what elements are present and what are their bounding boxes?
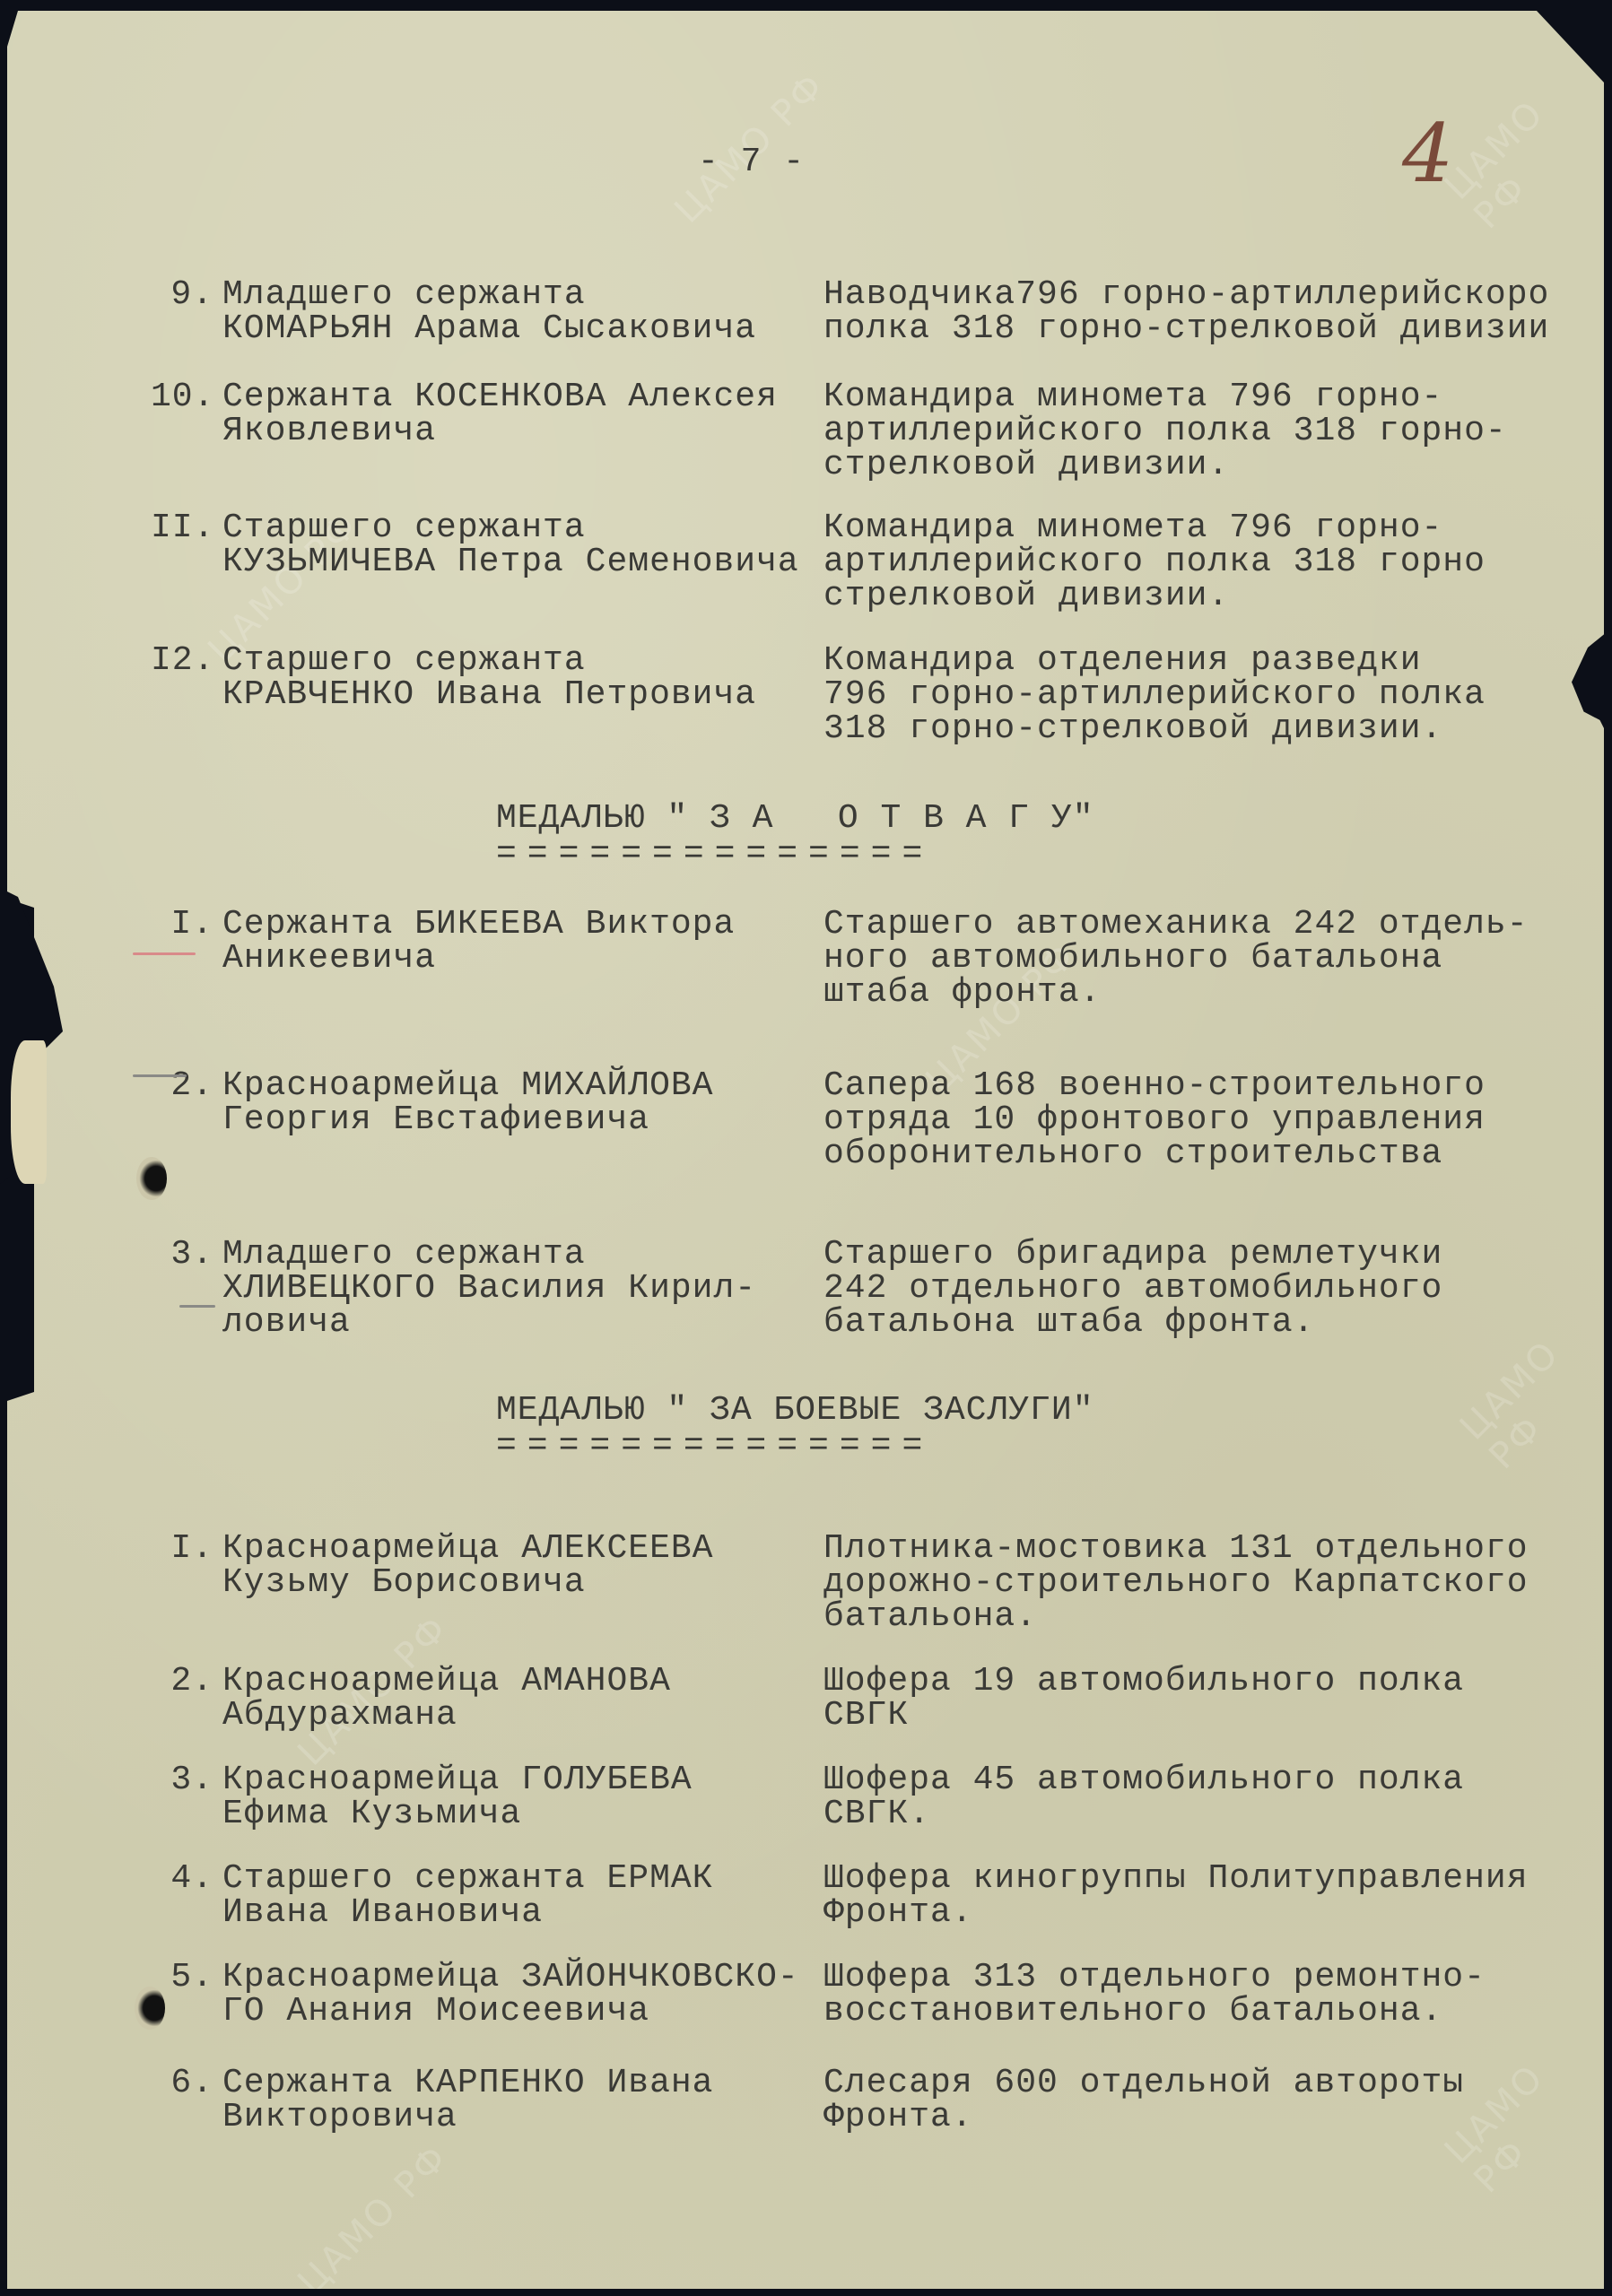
recipient-name: Младшего сержантаХЛИВЕЦКОГО Василия Кири… <box>222 1238 756 1340</box>
entry-number: I2. <box>151 644 213 678</box>
recipient-position-line: штаба фронта. <box>823 976 1529 1010</box>
recipient-position-line: 318 горно-стрелковой дивизии. <box>823 712 1486 746</box>
recipient-position-line: Слесаря 600 отдельной автороты <box>823 2066 1464 2100</box>
section-heading-combat-merit: МЕДАЛЬЮ " ЗА БОЕВЫЕ ЗАСЛУГИ" <box>496 1394 1094 1428</box>
recipient-name-line: Старшего сержанта <box>222 644 756 678</box>
recipient-name: Красноармейца АЛЕКСЕЕВАКузьму Борисовича <box>222 1532 714 1600</box>
recipient-name-line: Красноармейца АМАНОВА <box>222 1665 671 1699</box>
recipient-name-line: Ефима Кузьмича <box>222 1797 693 1831</box>
recipient-name-line: Старшего сержанта <box>222 511 799 545</box>
entry-number: II. <box>151 511 213 545</box>
recipient-position-line: Фронта. <box>823 1896 1529 1930</box>
recipient-position: Шофера киногруппы ПолитуправленияФронта. <box>823 1862 1529 1930</box>
recipient-name: Красноармейца ГОЛУБЕВАЕфима Кузьмича <box>222 1763 693 1831</box>
recipient-position: Наводчика796 горно-артиллерийскорополка … <box>823 278 1549 346</box>
punch-hole <box>136 1157 167 1200</box>
recipient-position-line: Наводчика796 горно-артиллерийскоро <box>823 278 1549 312</box>
recipient-position-line: полка 318 горно-стрелковой дивизии <box>823 312 1549 346</box>
recipient-name-line: Младшего сержанта <box>222 1238 756 1272</box>
recipient-position-line: 796 горно-артиллерийского полка <box>823 678 1486 712</box>
entry-number: I. <box>151 908 213 942</box>
recipient-name-line: Сержанта КАРПЕНКО Ивана <box>222 2066 714 2100</box>
recipient-position-line: артиллерийского полка 318 горно- <box>823 414 1507 448</box>
recipient-name: Старшего сержантаКУЗЬМИЧЕВА Петра Семено… <box>222 511 799 579</box>
recipient-name-line: Викторовича <box>222 2100 714 2135</box>
heading-rule: ============== <box>496 1430 933 1464</box>
recipient-position: Командира миномета 796 горно-артиллерийс… <box>823 511 1486 613</box>
recipient-position: Плотника-мостовика 131 отдельногодорожно… <box>823 1532 1529 1634</box>
recipient-position-line: Командира миномета 796 горно- <box>823 511 1486 545</box>
recipient-position-line: СВГК. <box>823 1797 1464 1831</box>
recipient-position-line: 242 отдельного автомобильного <box>823 1272 1442 1306</box>
recipient-position-line: оборонительного строительства <box>823 1137 1486 1171</box>
recipient-position-line: стрелковой дивизии. <box>823 579 1486 613</box>
entry-number: 9. <box>151 278 213 312</box>
pencil-mark <box>133 1074 187 1077</box>
entry-number: 4. <box>151 1862 213 1896</box>
recipient-name-line: Георгия Евстафиевича <box>222 1103 714 1137</box>
recipient-name: Сержанта КАРПЕНКО ИванаВикторовича <box>222 2066 714 2135</box>
recipient-name: Красноармейца МИХАЙЛОВАГеоргия Евстафиев… <box>222 1069 714 1137</box>
recipient-name-line: ХЛИВЕЦКОГО Василия Кирил- <box>222 1272 756 1306</box>
recipient-position: Командира миномета 796 горно-артиллерийс… <box>823 380 1507 483</box>
recipient-name: Красноармейца ЗАЙОНЧКОВСКО-ГО Анания Мои… <box>222 1961 799 2029</box>
recipient-position-line: Шофера 313 отдельного ремонтно- <box>823 1961 1486 1995</box>
recipient-name-line: Красноармейца МИХАЙЛОВА <box>222 1069 714 1103</box>
watermark: ЦАМО РФ <box>1452 1318 1612 1477</box>
recipient-name-line: КУЗЬМИЧЕВА Петра Семеновича <box>222 545 799 579</box>
recipient-name-line: ГО Анания Моисеевича <box>222 1995 799 2029</box>
recipient-name-line: Яковлевича <box>222 414 778 448</box>
recipient-name-line: Сержанта БИКЕЕВА Виктора <box>222 908 735 942</box>
recipient-position-line: Шофера 19 автомобильного полка <box>823 1665 1464 1699</box>
recipient-position: Слесаря 600 отдельной авторотыФронта. <box>823 2066 1464 2135</box>
watermark: ЦАМО РФ <box>290 2136 457 2296</box>
recipient-position-line: отряда 10 фронтового управления <box>823 1103 1486 1137</box>
recipient-position-line: стрелковой дивизии. <box>823 448 1507 483</box>
entry-number: 10. <box>151 380 213 414</box>
entry-number: I. <box>151 1532 213 1566</box>
recipient-position: Старшего автомеханика 242 отдель-ного ав… <box>823 908 1529 1010</box>
recipient-position: Командира отделения разведки796 горно-ар… <box>823 644 1486 746</box>
recipient-position-line: дорожно-строительного Карпатского <box>823 1566 1529 1600</box>
recipient-position: Шофера 45 автомобильного полкаСВГК. <box>823 1763 1464 1831</box>
pencil-mark <box>179 1305 215 1308</box>
entry-number: 2. <box>151 1665 213 1699</box>
recipient-name: Младшего сержантаКОМАРЬЯН Арама Сысакови… <box>222 278 756 346</box>
recipient-position-line: артиллерийского полка 318 горно <box>823 545 1486 579</box>
watermark: ЦАМО РФ <box>1437 65 1609 237</box>
recipient-position-line: Старшего автомеханика 242 отдель- <box>823 908 1529 942</box>
recipient-name-line: Красноармейца АЛЕКСЕЕВА <box>222 1532 714 1566</box>
recipient-position: Шофера 19 автомобильного полкаСВГК <box>823 1665 1464 1733</box>
recipient-name: Красноармейца АМАНОВААбдурахмана <box>222 1665 671 1733</box>
recipient-name-line: Красноармейца ЗАЙОНЧКОВСКО- <box>222 1961 799 1995</box>
entry-number: 3. <box>151 1238 213 1272</box>
recipient-position-line: СВГК <box>823 1699 1464 1733</box>
recipient-position-line: восстановительного батальона. <box>823 1995 1486 2029</box>
recipient-position-line: батальона. <box>823 1600 1529 1634</box>
torn-flap <box>11 1040 47 1184</box>
document-page: ЦАМО РФ ЦАМО РФ ЦАМО РФ ЦАМО РФ ЦАМО РФ … <box>7 11 1604 2289</box>
recipient-name: Сержанта БИКЕЕВА ВиктораАникеевича <box>222 908 735 976</box>
heading-rule: ============== <box>496 838 933 872</box>
recipient-position-line: батальона штаба фронта. <box>823 1306 1442 1340</box>
section-heading-bravery: МЕДАЛЬЮ " З А О Т В А Г У" <box>496 802 1094 836</box>
recipient-position-line: Сапера 168 военно-строительного <box>823 1069 1486 1103</box>
recipient-name-line: Ивана Ивановича <box>222 1896 714 1930</box>
recipient-position-line: Шофера киногруппы Политуправления <box>823 1862 1529 1896</box>
recipient-name-line: ловича <box>222 1306 756 1340</box>
recipient-name-line: КРАВЧЕНКО Ивана Петровича <box>222 678 756 712</box>
recipient-name-line: Младшего сержанта <box>222 278 756 312</box>
handwritten-folio-number: 4 <box>1402 114 1453 195</box>
recipient-position-line: Плотника-мостовика 131 отдельного <box>823 1532 1529 1566</box>
recipient-name-line: Сержанта КОСЕНКОВА Алексея <box>222 380 778 414</box>
entry-number: 5. <box>151 1961 213 1995</box>
recipient-name: Старшего сержантаКРАВЧЕНКО Ивана Петрови… <box>222 644 756 712</box>
entry-number: 6. <box>151 2066 213 2100</box>
recipient-name-line: Красноармейца ГОЛУБЕВА <box>222 1763 693 1797</box>
recipient-position-line: ного автомобильного батальона <box>823 942 1529 976</box>
red-pencil-mark <box>133 952 196 955</box>
recipient-position-line: Командира отделения разведки <box>823 644 1486 678</box>
recipient-name: Сержанта КОСЕНКОВА АлексеяЯковлевича <box>222 380 778 448</box>
recipient-position-line: Старшего бригадира ремлетучки <box>823 1238 1442 1272</box>
recipient-name-line: Старшего сержанта ЕРМАК <box>222 1862 714 1896</box>
punch-hole <box>135 1987 165 2030</box>
recipient-position-line: Командира миномета 796 горно- <box>823 380 1507 414</box>
recipient-position-line: Шофера 45 автомобильного полка <box>823 1763 1464 1797</box>
recipient-position: Сапера 168 военно-строительногоотряда 10… <box>823 1069 1486 1171</box>
page-number: - 7 - <box>698 145 805 179</box>
recipient-name: Старшего сержанта ЕРМАКИвана Ивановича <box>222 1862 714 1930</box>
recipient-name-line: КОМАРЬЯН Арама Сысаковича <box>222 312 756 346</box>
recipient-name-line: Абдурахмана <box>222 1699 671 1733</box>
entry-number: 3. <box>151 1763 213 1797</box>
recipient-name-line: Кузьму Борисовича <box>222 1566 714 1600</box>
recipient-position: Шофера 313 отдельного ремонтно-восстанов… <box>823 1961 1486 2029</box>
recipient-name-line: Аникеевича <box>222 942 735 976</box>
recipient-position: Старшего бригадира ремлетучки242 отдельн… <box>823 1238 1442 1340</box>
recipient-position-line: Фронта. <box>823 2100 1464 2135</box>
